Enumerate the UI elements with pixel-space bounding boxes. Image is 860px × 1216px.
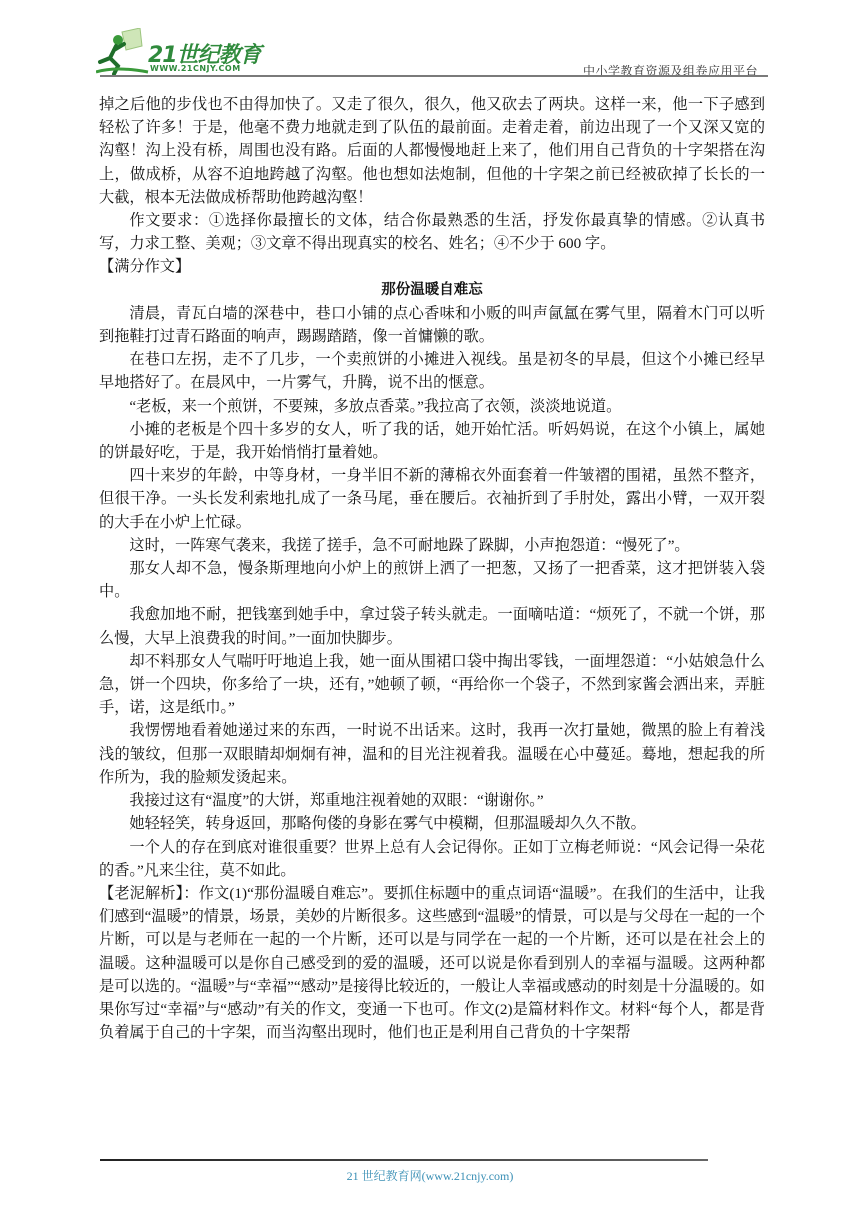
essay-paragraph: 清晨，青瓦白墙的深巷中，巷口小铺的点心香味和小贩的叫声氤氲在雾气里，隔着木门可以… bbox=[99, 302, 765, 348]
essay-paragraph: “老板，来一个煎饼，不要辣，多放点香菜。”我拉高了衣领，淡淡地说道。 bbox=[99, 395, 765, 418]
essay-paragraph: 我愣愣地看着她递过来的东西，一时说不出话来。这时，我再一次打量她，微黑的脸上有着… bbox=[99, 719, 765, 789]
essay-paragraph: 她轻轻笑，转身返回，那略佝偻的身影在雾气中模糊，但那温暖却久久不散。 bbox=[99, 812, 765, 835]
essay-paragraph: 四十来岁的年龄，中等身材，一身半旧不新的薄棉衣外面套着一件皱褶的围裙，虽然不整齐… bbox=[99, 464, 765, 534]
essay-paragraph: 小摊的老板是个四十多岁的女人，听了我的话，她开始忙活。听妈妈说，在这个小镇上，属… bbox=[99, 418, 765, 464]
header-divider bbox=[100, 75, 768, 77]
essay-paragraph: 我愈加地不耐，把钱塞到她手中，拿过袋子转头就走。一面嘀咕道：“烦死了，不就一个饼… bbox=[99, 603, 765, 649]
logo-url: WWW.21CNJY.COM bbox=[150, 64, 241, 73]
essay-paragraph: 却不料那女人气喘吁吁地追上我，她一面从围裙口袋中掏出零钱，一面埋怨道：“小姑娘急… bbox=[99, 650, 765, 720]
essay-paragraph: 一个人的存在到底对谁很重要？世界上总有人会记得你。正如丁立梅老师说：“风会记得一… bbox=[99, 836, 765, 882]
essay-paragraph: 这时，一阵寒气袭来，我搓了搓手，急不可耐地跺了跺脚，小声抱怨道：“慢死了”。 bbox=[99, 534, 765, 557]
page-header: 21世纪教育 WWW.21CNJY.COM 中小学教育资源及组卷应用平台 bbox=[96, 28, 768, 78]
analysis-paragraph: 【老泥解析】：作文(1)“那份温暖自难忘”。要抓住标题中的重点词语“温暖”。在我… bbox=[99, 882, 765, 1044]
essay-paragraph: 那女人却不急，慢条斯理地向小炉上的煎饼上洒了一把葱，又扬了一把香菜，这才把饼装入… bbox=[99, 557, 765, 603]
essay-paragraph: 在巷口左拐，走不了几步，一个卖煎饼的小摊进入视线。虽是初冬的早晨，但这个小摊已经… bbox=[99, 348, 765, 394]
intro-paragraph: 掉之后他的步伐也不由得加快了。又走了很久，很久，他又砍去了两块。这样一来，他一下… bbox=[99, 93, 765, 209]
site-logo[interactable]: 21世纪教育 WWW.21CNJY.COM bbox=[96, 28, 266, 76]
footer-divider bbox=[100, 1159, 708, 1161]
section-label: 【满分作文】 bbox=[99, 255, 765, 278]
footer-link[interactable]: 21 世纪教育网(www.21cnjy.com) bbox=[0, 1167, 860, 1184]
runner-logo-icon bbox=[96, 28, 152, 76]
essay-requirements: 作文要求：①选择你最擅长的文体，结合你最熟悉的生活，抒发你最真挚的情感。②认真书… bbox=[99, 209, 765, 255]
essay-title: 那份温暖自难忘 bbox=[99, 279, 765, 302]
essay-paragraph: 我接过这有“温度”的大饼，郑重地注视着她的双眼：“谢谢你。” bbox=[99, 789, 765, 812]
document-body: 掉之后他的步伐也不由得加快了。又走了很久，很久，他又砍去了两块。这样一来，他一下… bbox=[99, 93, 765, 1044]
